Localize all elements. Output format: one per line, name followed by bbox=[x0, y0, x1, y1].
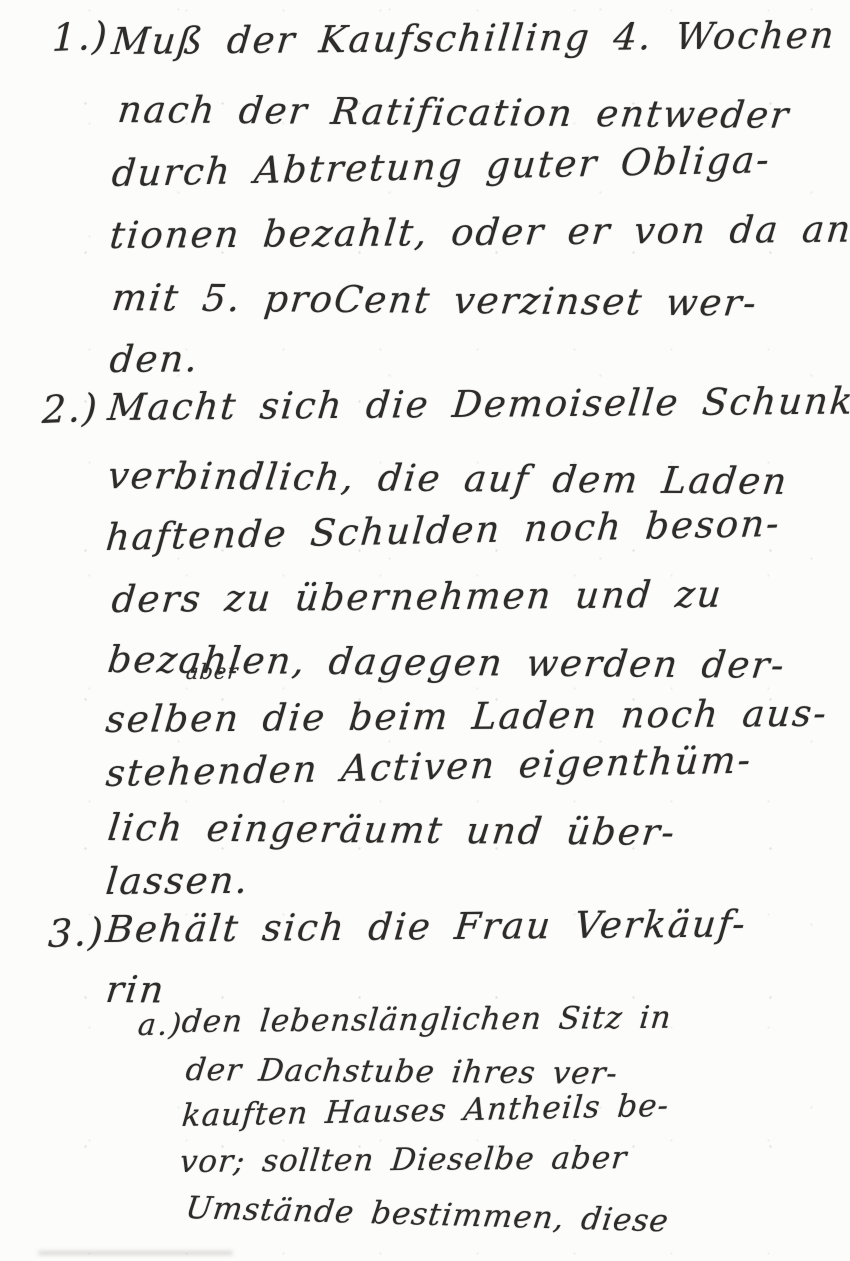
subitem-a-marker: a.) bbox=[136, 1008, 185, 1043]
manuscript-line: tionen bezahlt, oder er von da an bbox=[108, 208, 850, 258]
manuscript-line: den lebenslänglichen Sitz in bbox=[180, 1000, 673, 1040]
manuscript-page: 1.) Muß der Kaufschilling 4. Wochen nach… bbox=[0, 0, 850, 1261]
paragraph-1-marker: 1.) bbox=[51, 13, 109, 60]
manuscript-line: Muß der Kaufschilling 4. Wochen bbox=[110, 14, 838, 63]
manuscript-line: mit 5. proCent verzinset wer- bbox=[110, 276, 761, 325]
manuscript-line: rin bbox=[104, 968, 168, 1011]
paragraph-3-marker: 3.) bbox=[47, 909, 105, 956]
manuscript-line: haftende Schulden noch beson- bbox=[104, 502, 782, 559]
manuscript-line: den. bbox=[108, 337, 201, 381]
manuscript-line: verbindlich, die auf dem Laden bbox=[106, 454, 791, 503]
manuscript-line: ders zu übernehmen und zu bbox=[110, 573, 725, 621]
manuscript-line: kauften Hauses Antheils be- bbox=[180, 1088, 670, 1134]
manuscript-line: lassen. bbox=[104, 859, 251, 903]
manuscript-line: vor; sollten Dieselbe aber bbox=[178, 1140, 629, 1180]
manuscript-line: Umstände bestimmen, diese bbox=[184, 1190, 672, 1239]
manuscript-line: nach der Ratification entweder bbox=[116, 88, 793, 137]
manuscript-line: Macht sich die Demoiselle Schunk bbox=[106, 379, 850, 429]
manuscript-line: durch Abtretung guter Obliga- bbox=[110, 138, 772, 195]
paragraph-2-marker: 2.) bbox=[41, 385, 99, 432]
manuscript-line: der Dachstube ihres ver- bbox=[184, 1052, 620, 1092]
manuscript-line: stehenden Activen eigenthüm- bbox=[104, 738, 754, 795]
scan-smudge-artifact bbox=[38, 1251, 233, 1255]
manuscript-line: selben die beim Laden noch aus- bbox=[104, 692, 830, 741]
interlinear-insertion-aber: aber bbox=[185, 660, 240, 684]
manuscript-line: lich eingeräumt und über- bbox=[106, 806, 679, 854]
manuscript-line: Behält sich die Frau Verkäuf- bbox=[104, 902, 749, 951]
